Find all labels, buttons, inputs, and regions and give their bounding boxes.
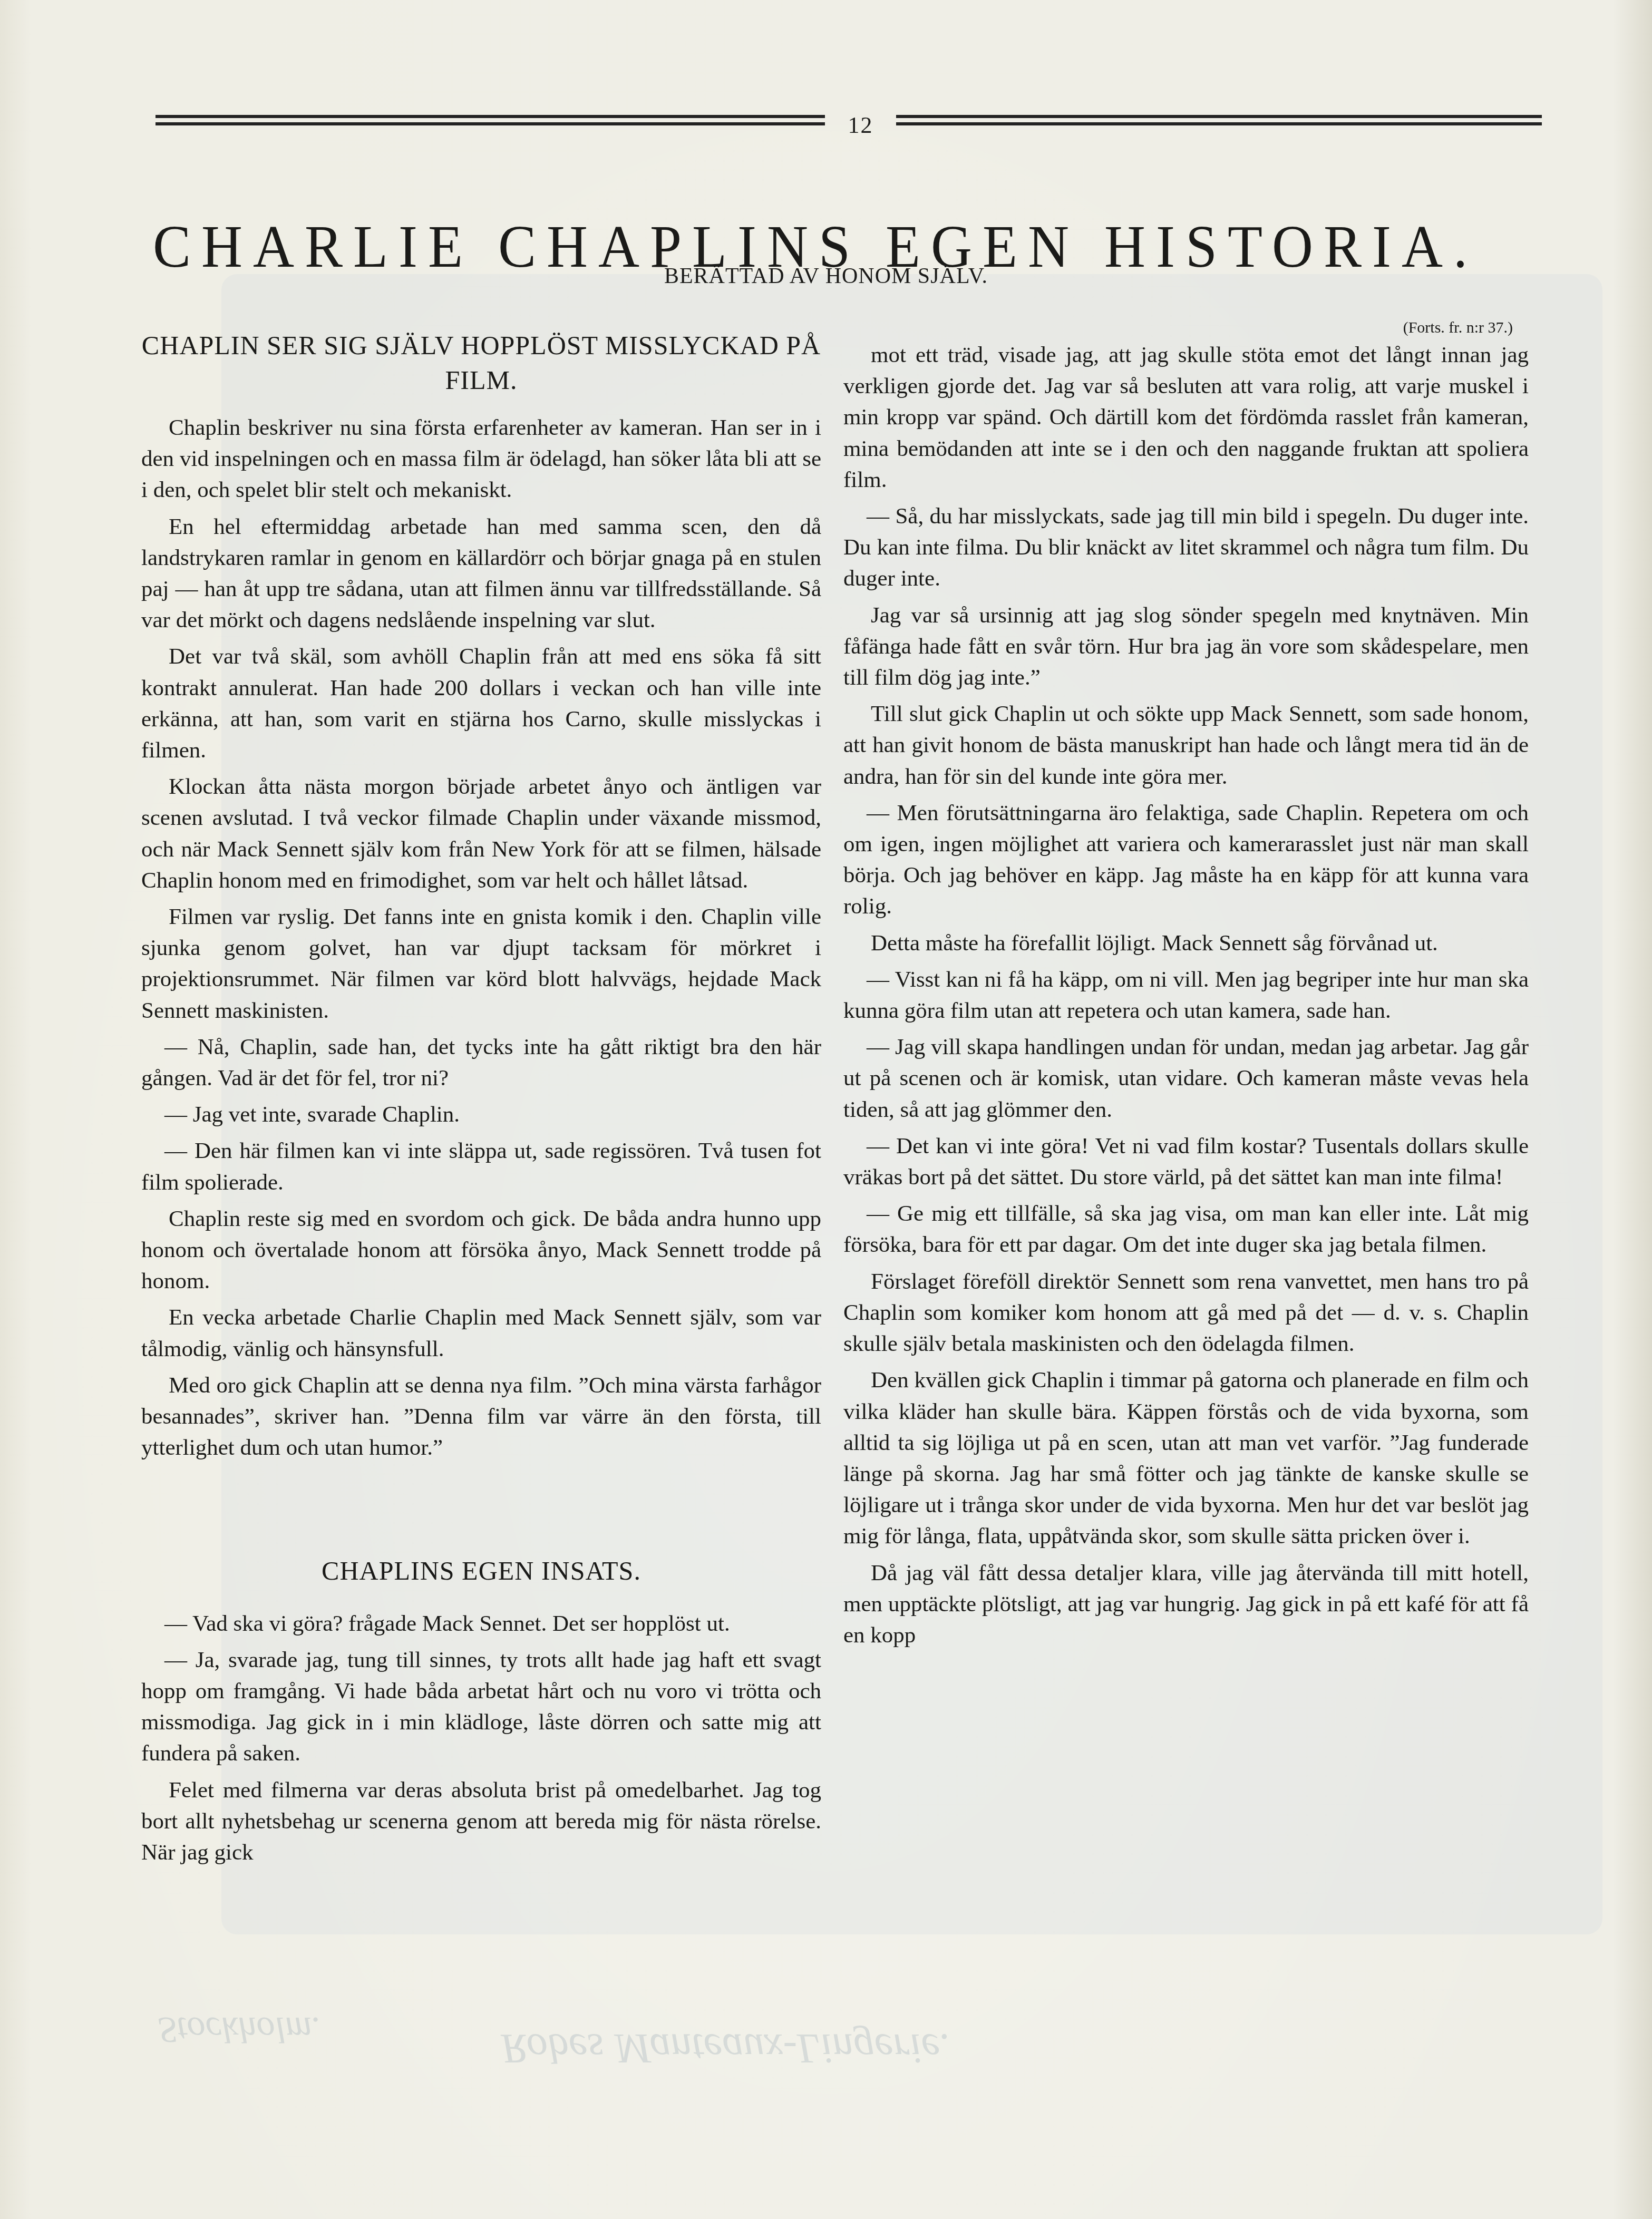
- paragraph: Chaplin beskriver nu sina första erfaren…: [141, 412, 821, 506]
- page-number: 12: [825, 112, 896, 139]
- paragraph: Det var två skäl, som avhöll Chaplin frå…: [141, 641, 821, 766]
- paragraph: — Nå, Chaplin, sade han, det tycks inte …: [141, 1031, 821, 1094]
- article-subtitle: BERÄTTAD AV HONOM SJÄLV.: [0, 264, 1652, 289]
- paragraph: — Vad ska vi göra? frågade Mack Sennet. …: [141, 1608, 821, 1639]
- left-column: CHAPLIN SER SIG SJÄLV HOPPLÖST MISS­LYCK…: [141, 316, 821, 1873]
- paragraph: — Ge mig ett tillfälle, så ska jag visa,…: [843, 1198, 1529, 1260]
- paragraph: Detta måste ha förefallit löjligt. Mack …: [843, 928, 1529, 959]
- paragraph: Med oro gick Chaplin att se denna nya fi…: [141, 1370, 821, 1464]
- section-heading: CHAPLIN SER SIG SJÄLV HOPPLÖST MISS­LYCK…: [141, 328, 821, 397]
- paragraph: — Men förutsättningarna äro felaktiga, s…: [843, 797, 1529, 922]
- section-body: Chaplin beskriver nu sina första erfaren…: [141, 412, 821, 1464]
- paragraph: Felet med filmerna var deras absoluta br…: [141, 1775, 821, 1868]
- paragraph: Chaplin reste sig med en svordom och gic…: [141, 1203, 821, 1297]
- paragraph: Filmen var ryslig. Det fanns inte en gni…: [141, 901, 821, 1026]
- section-body: mot ett träd, visade jag, att jag skulle…: [843, 339, 1529, 1651]
- continuation-note: (Forts. fr. n:r 37.): [843, 316, 1529, 339]
- page-header: 12: [156, 113, 1542, 134]
- paragraph: Då jag väl fått dessa detaljer klara, vi…: [843, 1558, 1529, 1651]
- header-rule-left: [156, 113, 825, 126]
- paragraph: Den kvällen gick Chaplin i timmar på gat…: [843, 1365, 1529, 1552]
- paragraph: Till slut gick Chaplin ut och sökte upp …: [843, 698, 1529, 792]
- right-column: (Forts. fr. n:r 37.) mot ett träd, visad…: [843, 316, 1529, 1656]
- paragraph: — Ja, svarade jag, tung till sinnes, ty …: [141, 1644, 821, 1769]
- paragraph: En vecka arbetade Charlie Chaplin med Ma…: [141, 1302, 821, 1364]
- show-through-text: Stockholm.: [158, 2008, 321, 2050]
- header-rule-right: [896, 113, 1542, 126]
- show-through-text: Robes Manteaux-Lingerie.: [501, 2024, 950, 2072]
- magazine-page: Stockholm. Robes Manteaux-Lingerie. 12 C…: [0, 0, 1652, 2219]
- paragraph: — Jag vill skapa handlingen undan för un…: [843, 1031, 1529, 1125]
- paragraph: — Den här filmen kan vi inte släppa ut, …: [141, 1135, 821, 1198]
- paragraph: — Visst kan ni få ha käpp, om ni vill. M…: [843, 964, 1529, 1026]
- paragraph: — Det kan vi inte göra! Vet ni vad film …: [843, 1131, 1529, 1193]
- paragraph: Jag var så ursinnig att jag slog sönder …: [843, 600, 1529, 694]
- section-body: — Vad ska vi göra? frågade Mack Sennet. …: [141, 1608, 821, 1868]
- paragraph: — Jag vet inte, svarade Chaplin.: [141, 1099, 821, 1130]
- section-heading: CHAPLINS EGEN INSATS.: [141, 1553, 821, 1588]
- paragraph: mot ett träd, visade jag, att jag skulle…: [843, 339, 1529, 495]
- paragraph: En hel eftermiddag arbetade han med samm…: [141, 511, 821, 636]
- paragraph: — Så, du har misslyckats, sade jag till …: [843, 501, 1529, 595]
- paragraph: Klockan åtta nästa morgon började arbete…: [141, 771, 821, 896]
- paragraph: Förslaget föreföll direktör Sennett som …: [843, 1266, 1529, 1360]
